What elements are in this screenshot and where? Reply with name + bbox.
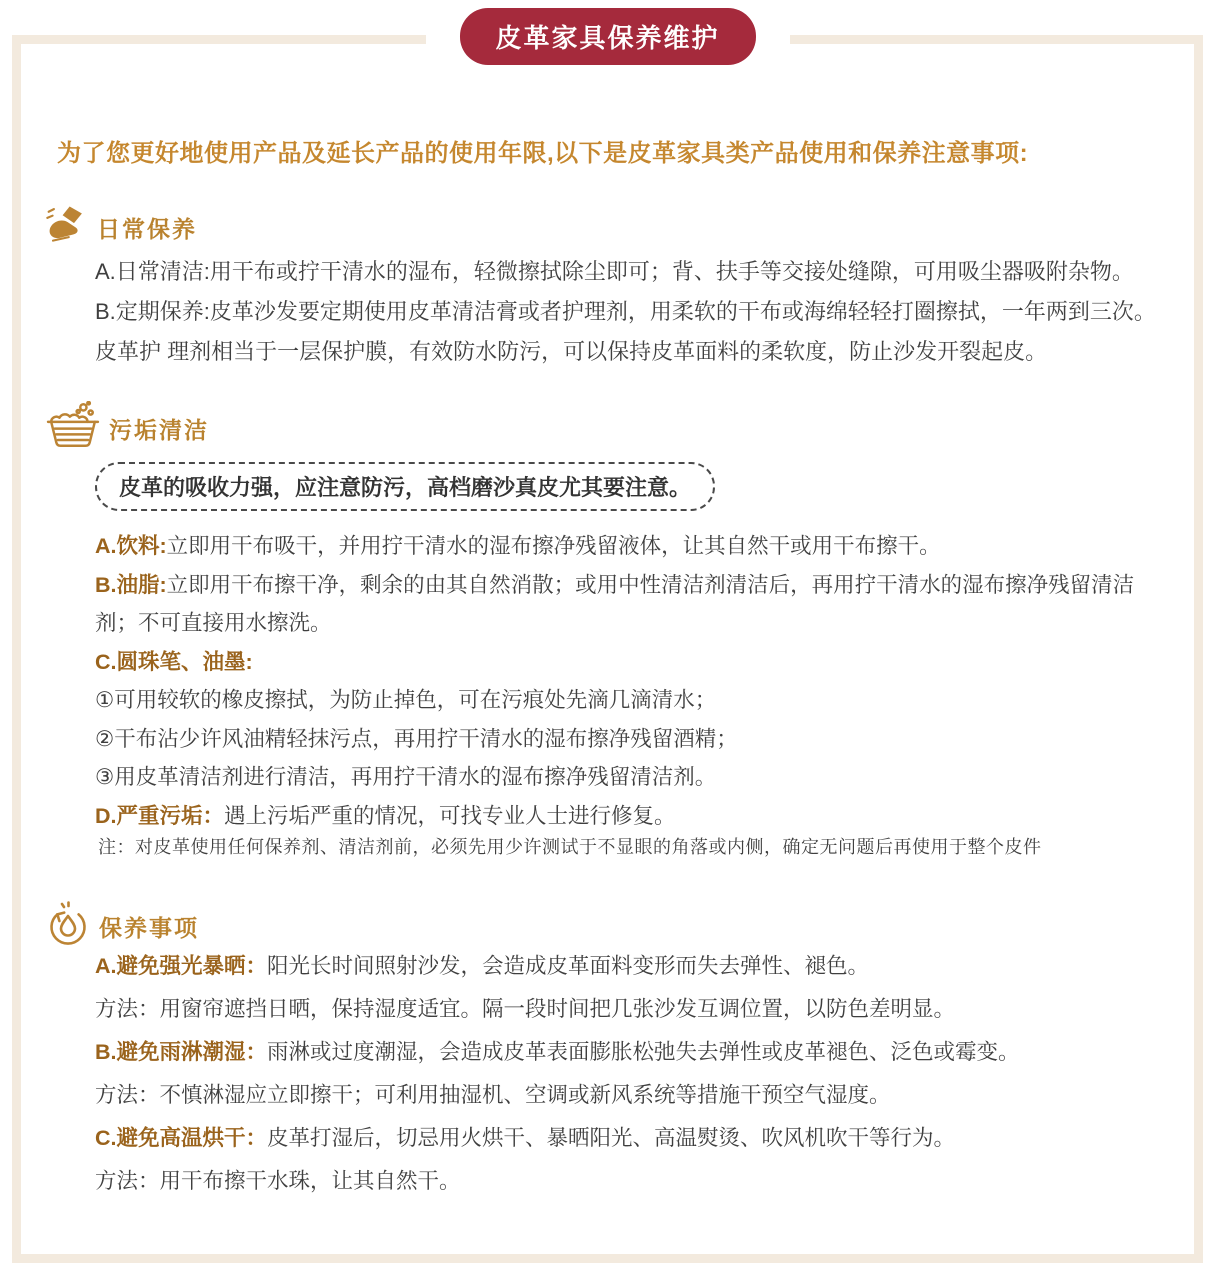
list-item: 方法：不慎淋湿应立即擦干；可利用抽湿机、空调或新风系统等措施干预空气湿度。 — [95, 1083, 1170, 1108]
droplet-cycle-icon — [46, 901, 90, 951]
item-text: 立即用干布吸干，并用拧干清水的湿布擦净残留液体，让其自然干或用干布擦干。 — [167, 534, 941, 558]
list-item: ①可用较软的橡皮擦拭，为防止掉色，可在污痕处先滴几滴清水； — [95, 681, 1170, 720]
list-item: C.避免高温烘干：皮革打湿后，切忌用火烘干、暴晒阳光、高温熨烫、吹风机吹干等行为… — [95, 1126, 1170, 1151]
daily-care-paragraphs: A.日常清洁:用干布或拧干清水的湿布，轻微擦拭除尘即可；背、扶手等交接处缝隙，可… — [95, 252, 1167, 372]
item-text: 用干布擦干水珠，让其自然干。 — [160, 1169, 461, 1193]
list-item: 方法：用窗帘遮挡日晒，保持湿度适宜。隔一段时间把几张沙发互调位置，以防色差明显。 — [95, 997, 1170, 1022]
wash-basin-icon — [46, 401, 100, 455]
item-text: 不慎淋湿应立即擦干；可利用抽湿机、空调或新风系统等措施干预空气湿度。 — [160, 1083, 891, 1107]
item-text: 皮革打湿后，切忌用火烘干、暴晒阳光、高温熨烫、吹风机吹干等行为。 — [267, 1126, 955, 1150]
page-title-badge: 皮革家具保养维护 — [459, 8, 755, 65]
item-label: D.严重污垢： — [95, 804, 224, 828]
item-text: ②干布沾少许风油精轻抹污点，再用拧干清水的湿布擦净残留酒精； — [95, 727, 738, 751]
list-item: C.圆珠笔、油墨: — [95, 643, 1170, 682]
care-notes-items: A.避免强光暴晒：阳光长时间照射沙发，会造成皮革面料变形而失去弹性、褪色。 方法… — [95, 954, 1170, 1212]
item-label: B.避免雨淋潮湿： — [95, 1040, 267, 1064]
title-badge-wrap: 皮革家具保养维护 — [425, 8, 789, 65]
item-label: 方法： — [95, 997, 160, 1021]
test-first-note: 注：对皮革使用任何保养剂、清洁剂前，必须先用少许测试于不显眼的角落或内侧，确定无… — [98, 833, 1170, 859]
item-text: 立即用干布擦干净，剩余的由其自然消散；或用中性清洁剂清洁后，再用拧干清水的湿布擦… — [95, 573, 1134, 636]
section-daily-care-title: 日常保养 — [97, 211, 197, 244]
list-item: 方法：用干布擦干水珠，让其自然干。 — [95, 1169, 1170, 1194]
section-stain-cleaning-header: 污垢清洁 — [46, 401, 209, 455]
section-daily-care-header: 日常保养 — [46, 205, 197, 249]
intro-heading: 为了您更好地使用产品及延长产品的使用年限,以下是皮革家具类产品使用和保养注意事项… — [57, 133, 1175, 168]
item-text: ③用皮革清洁剂进行清洁，再用拧干清水的湿布擦净残留清洁剂。 — [95, 765, 716, 789]
daily-care-paragraph: B.定期保养:皮革沙发要定期使用皮革清洁膏或者护理剂，用柔软的干布或海绵轻轻打圈… — [95, 292, 1167, 372]
item-text: 用窗帘遮挡日晒，保持湿度适宜。隔一段时间把几张沙发互调位置，以防色差明显。 — [160, 997, 956, 1021]
item-text: ①可用较软的橡皮擦拭，为防止掉色，可在污痕处先滴几滴清水； — [95, 688, 716, 712]
item-label: C.圆珠笔、油墨: — [95, 650, 253, 674]
list-item: A.饮料:立即用干布吸干，并用拧干清水的湿布擦净残留液体，让其自然干或用干布擦干… — [95, 527, 1170, 566]
item-label: C.避免高温烘干： — [95, 1126, 267, 1150]
list-item: B.油脂:立即用干布擦干净，剩余的由其自然消散；或用中性清洁剂清洁后，再用拧干清… — [95, 566, 1170, 643]
item-label: 方法： — [95, 1083, 160, 1107]
list-item: D.严重污垢：遇上污垢严重的情况，可找专业人士进行修复。 — [95, 797, 1170, 836]
item-text: 遇上污垢严重的情况，可找专业人士进行修复。 — [224, 804, 676, 828]
item-text: 阳光长时间照射沙发，会造成皮革面料变形而失去弹性、褪色。 — [267, 954, 869, 978]
list-item: ②干布沾少许风油精轻抹污点，再用拧干清水的湿布擦净残留酒精； — [95, 720, 1170, 759]
section-care-notes-title: 保养事项 — [99, 910, 199, 943]
stain-callout-box: 皮革的吸收力强，应注意防污，高档磨沙真皮尤其要注意。 — [95, 462, 715, 511]
item-label: A.饮料: — [95, 534, 167, 558]
stain-cleaning-items: A.饮料:立即用干布吸干，并用拧干清水的湿布擦净残留液体，让其自然干或用干布擦干… — [95, 527, 1170, 835]
item-text: 雨淋或过度潮湿，会造成皮革表面膨胀松弛失去弹性或皮革褪色、泛色或霉变。 — [267, 1040, 1020, 1064]
section-care-notes-header: 保养事项 — [46, 901, 199, 951]
list-item: B.避免雨淋潮湿：雨淋或过度潮湿，会造成皮革表面膨胀松弛失去弹性或皮革褪色、泛色… — [95, 1040, 1170, 1065]
item-label: 方法： — [95, 1169, 160, 1193]
section-stain-cleaning-title: 污垢清洁 — [109, 412, 209, 445]
list-item: A.避免强光暴晒：阳光长时间照射沙发，会造成皮革面料变形而失去弹性、褪色。 — [95, 954, 1170, 979]
item-label: B.油脂: — [95, 573, 167, 597]
hand-wiping-cloth-icon — [46, 205, 88, 249]
item-label: A.避免强光暴晒： — [95, 954, 267, 978]
list-item: ③用皮革清洁剂进行清洁，再用拧干清水的湿布擦净残留清洁剂。 — [95, 758, 1170, 797]
daily-care-paragraph: A.日常清洁:用干布或拧干清水的湿布，轻微擦拭除尘即可；背、扶手等交接处缝隙，可… — [95, 252, 1167, 292]
